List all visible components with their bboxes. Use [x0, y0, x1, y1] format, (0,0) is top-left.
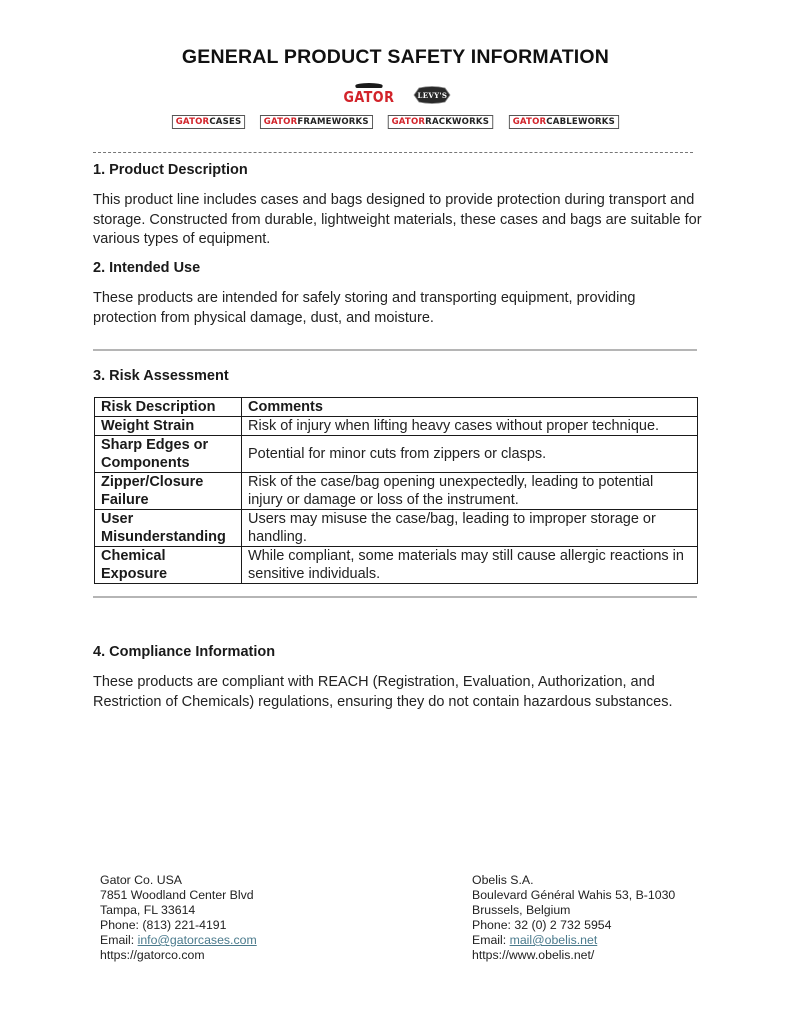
footer-website: https://gatorco.com: [100, 948, 257, 963]
footer-address-line1: 7851 Woodland Center Blvd: [100, 888, 257, 903]
footer-email-label: Email:: [100, 933, 138, 947]
table-header-row: Risk Description Comments: [95, 398, 698, 417]
section-body-compliance: These products are compliant with REACH …: [93, 673, 703, 712]
brand-prefix: GATOR: [512, 116, 546, 128]
gator-crest-icon: [355, 83, 382, 88]
footer-address-line2: Brussels, Belgium: [472, 903, 675, 918]
footer-website: https://www.obelis.net/: [472, 948, 675, 963]
dashed-divider: [93, 152, 693, 153]
page-title: GENERAL PRODUCT SAFETY INFORMATION: [0, 46, 791, 69]
brand-suffix: CASES: [209, 116, 241, 128]
gator-logo: GATOR: [343, 84, 394, 106]
section-heading-compliance: 4. Compliance Information: [93, 644, 275, 660]
risk-comment: Risk of the case/bag opening unexpectedl…: [242, 473, 698, 510]
table-row: Sharp Edges or Components Potential for …: [95, 436, 698, 473]
risk-comment: Potential for minor cuts from zippers or…: [242, 436, 698, 473]
brand-badge-gatorframeworks: GATORFRAMEWORKS: [260, 115, 373, 129]
footer-email-link[interactable]: mail@obelis.net: [510, 933, 598, 947]
section-body-intended-use: These products are intended for safely s…: [93, 289, 703, 328]
gator-logo-text: GATOR: [343, 88, 394, 106]
brand-prefix: GATOR: [175, 116, 209, 128]
footer-email-label: Email:: [472, 933, 510, 947]
footer-phone: Phone: (813) 221-4191: [100, 918, 257, 933]
brand-badge-gatorcases: GATORCASES: [172, 115, 245, 129]
levys-logo-text: LEVY'S: [418, 91, 448, 100]
brand-badge-gatorcableworks: GATORCABLEWORKS: [509, 115, 619, 129]
table-row: Zipper/Closure Failure Risk of the case/…: [95, 473, 698, 510]
footer-contact-obelis: Obelis S.A. Boulevard Général Wahis 53, …: [472, 873, 675, 963]
brand-suffix: CABLEWORKS: [546, 116, 615, 128]
section-divider: [93, 349, 697, 351]
logo-row: GATOR LEVY'S: [0, 84, 791, 106]
footer-address-line2: Tampa, FL 33614: [100, 903, 257, 918]
risk-name: Sharp Edges or Components: [95, 436, 242, 473]
section-heading-risk-assessment: 3. Risk Assessment: [93, 368, 229, 384]
footer-email-line: Email: mail@obelis.net: [472, 933, 675, 948]
risk-name: Weight Strain: [95, 417, 242, 436]
risk-name: Zipper/Closure Failure: [95, 473, 242, 510]
levys-logo: LEVY'S: [412, 85, 452, 105]
brand-prefix: GATOR: [392, 116, 426, 128]
footer-company: Gator Co. USA: [100, 873, 257, 888]
risk-comment: While compliant, some materials may stil…: [242, 547, 698, 584]
section-heading-product-description: 1. Product Description: [93, 162, 248, 178]
table-row: User Misunderstanding Users may misuse t…: [95, 510, 698, 547]
footer-phone: Phone: 32 (0) 2 732 5954: [472, 918, 675, 933]
table-row: Weight Strain Risk of injury when liftin…: [95, 417, 698, 436]
footer-email-line: Email: info@gatorcases.com: [100, 933, 257, 948]
section-body-product-description: This product line includes cases and bag…: [93, 191, 703, 250]
brand-badge-gatorrackworks: GATORRACKWORKS: [388, 115, 493, 129]
brand-badges: GATORCASES GATORFRAMEWORKS GATORRACKWORK…: [0, 115, 791, 129]
brand-prefix: GATOR: [263, 116, 297, 128]
section-heading-intended-use: 2. Intended Use: [93, 260, 200, 276]
brand-suffix: FRAMEWORKS: [297, 116, 368, 128]
table-row: Chemical Exposure While compliant, some …: [95, 547, 698, 584]
footer-address-line1: Boulevard Général Wahis 53, B-1030: [472, 888, 675, 903]
section-divider: [93, 596, 697, 598]
footer-email-link[interactable]: info@gatorcases.com: [138, 933, 257, 947]
footer-company: Obelis S.A.: [472, 873, 675, 888]
risk-table: Risk Description Comments Weight Strain …: [94, 397, 698, 584]
column-header-comments: Comments: [242, 398, 698, 417]
brand-suffix: RACKWORKS: [425, 116, 489, 128]
footer-contact-gator: Gator Co. USA 7851 Woodland Center Blvd …: [100, 873, 257, 963]
risk-comment: Users may misuse the case/bag, leading t…: [242, 510, 698, 547]
column-header-risk: Risk Description: [95, 398, 242, 417]
risk-name: User Misunderstanding: [95, 510, 242, 547]
risk-comment: Risk of injury when lifting heavy cases …: [242, 417, 698, 436]
risk-name: Chemical Exposure: [95, 547, 242, 584]
